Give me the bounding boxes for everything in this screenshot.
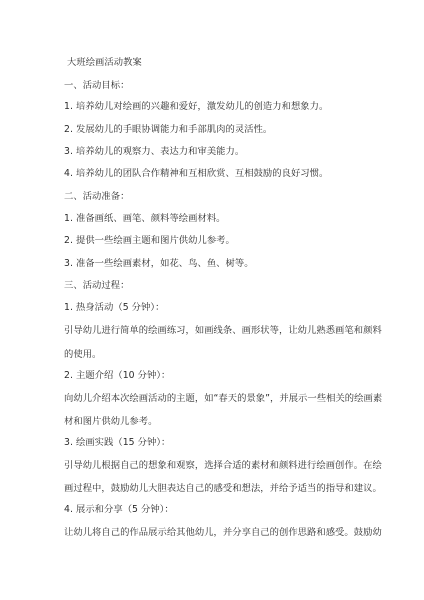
- step-paragraph: 画过程中，鼓励幼儿大胆表达自己的感受和想法，并给予适当的指导和建议。: [64, 483, 364, 495]
- step-title: 4. 展示和分享（5 分钟）：: [64, 504, 364, 516]
- goal-item: 2. 发展幼儿的手眼协调能力和手部肌肉的灵活性。: [64, 124, 364, 136]
- step-paragraph: 引导幼儿根据自己的想象和观察，选择合适的素材和颜料进行绘画创作。在绘: [64, 460, 364, 472]
- section-heading-process: 三、活动过程：: [64, 280, 364, 292]
- document-page: 大班绘画活动教案 一、活动目标： 1. 培养幼儿对绘画的兴趣和爱好，激发幼儿的创…: [0, 0, 424, 600]
- goal-item: 1. 培养幼儿对绘画的兴趣和爱好，激发幼儿的创造力和想象力。: [64, 101, 364, 113]
- step-title: 3. 绘画实践（15 分钟）：: [64, 437, 364, 449]
- preparation-item: 2. 提供一些绘画主题和图片供幼儿参考。: [64, 235, 364, 247]
- step-title: 1. 热身活动（5 分钟）：: [64, 302, 364, 314]
- goal-item: 3. 培养幼儿的观察力、表达力和审美能力。: [64, 146, 364, 158]
- document-title: 大班绘画活动教案: [67, 57, 367, 69]
- goal-item: 4. 培养幼儿的团队合作精神和互相欣赏、互相鼓励的良好习惯。: [64, 168, 364, 180]
- step-title: 2. 主题介绍（10 分钟）：: [64, 370, 364, 382]
- step-paragraph: 让幼儿将自己的作品展示给其他幼儿，并分享自己的创作思路和感受。鼓励幼: [64, 527, 364, 539]
- preparation-item: 3. 准备一些绘画素材，如花、鸟、鱼、树等。: [64, 258, 364, 270]
- step-paragraph: 引导幼儿进行简单的绘画练习，如画线条、画形状等，让幼儿熟悉画笔和颜料: [64, 325, 364, 337]
- preparation-item: 1. 准备画纸、画笔、颜料等绘画材料。: [64, 213, 364, 225]
- step-paragraph: 向幼儿介绍本次绘画活动的主题，如“春天的景象”，并展示一些相关的绘画素: [64, 393, 364, 405]
- section-heading-goals: 一、活动目标：: [64, 80, 364, 92]
- step-paragraph: 材和图片供幼儿参考。: [64, 416, 364, 428]
- step-paragraph: 的使用。: [64, 349, 364, 361]
- section-heading-preparation: 二、活动准备：: [64, 191, 364, 203]
